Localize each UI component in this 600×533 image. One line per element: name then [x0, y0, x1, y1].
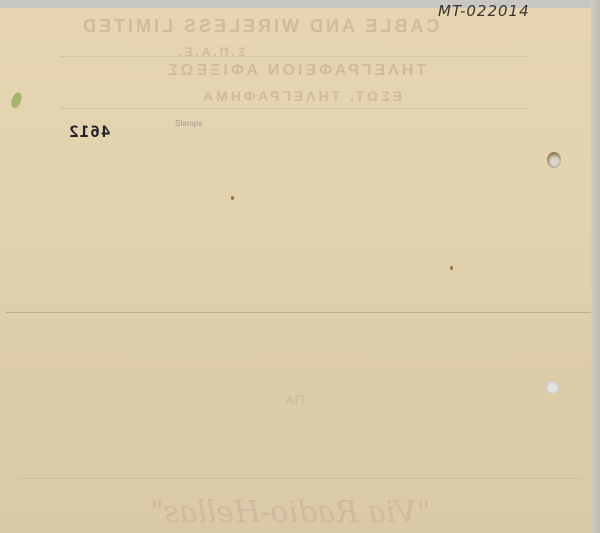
bleed-header-office: ΤΗΛΕΓΡΑΦΕΙΟΝ ΑΦΙΞΕΩΣ: [165, 62, 426, 80]
punch-hole-icon: [547, 152, 561, 168]
faint-rule: [60, 108, 530, 109]
faint-rule: [60, 56, 530, 57]
faint-center-mark: AΠ: [285, 392, 304, 408]
stamped-number: 4612: [68, 122, 111, 141]
bleed-header-company: CABLE AND WIRELESS LIMITED: [80, 16, 439, 37]
fold-line: [6, 312, 591, 313]
bleed-header-type: ΕΣΩΤ. ΤΗΛΕΓΡΑΦΗΜΑ: [200, 88, 402, 104]
bleed-header-abbrev: Σ.Π.Α.Ε.: [175, 45, 245, 59]
document-sheet: [0, 8, 591, 533]
punch-hole-icon: [545, 381, 560, 394]
bleed-footer-script: "Via Radio-Hellas": [150, 495, 430, 530]
archive-id-handwritten: MT-022014: [438, 2, 530, 20]
stain-speck: [231, 196, 234, 200]
faint-rule: [20, 478, 580, 479]
stain-speck: [450, 266, 453, 270]
faint-stamp-mark: Stamps: [175, 119, 202, 128]
scan-edge: [591, 0, 600, 533]
